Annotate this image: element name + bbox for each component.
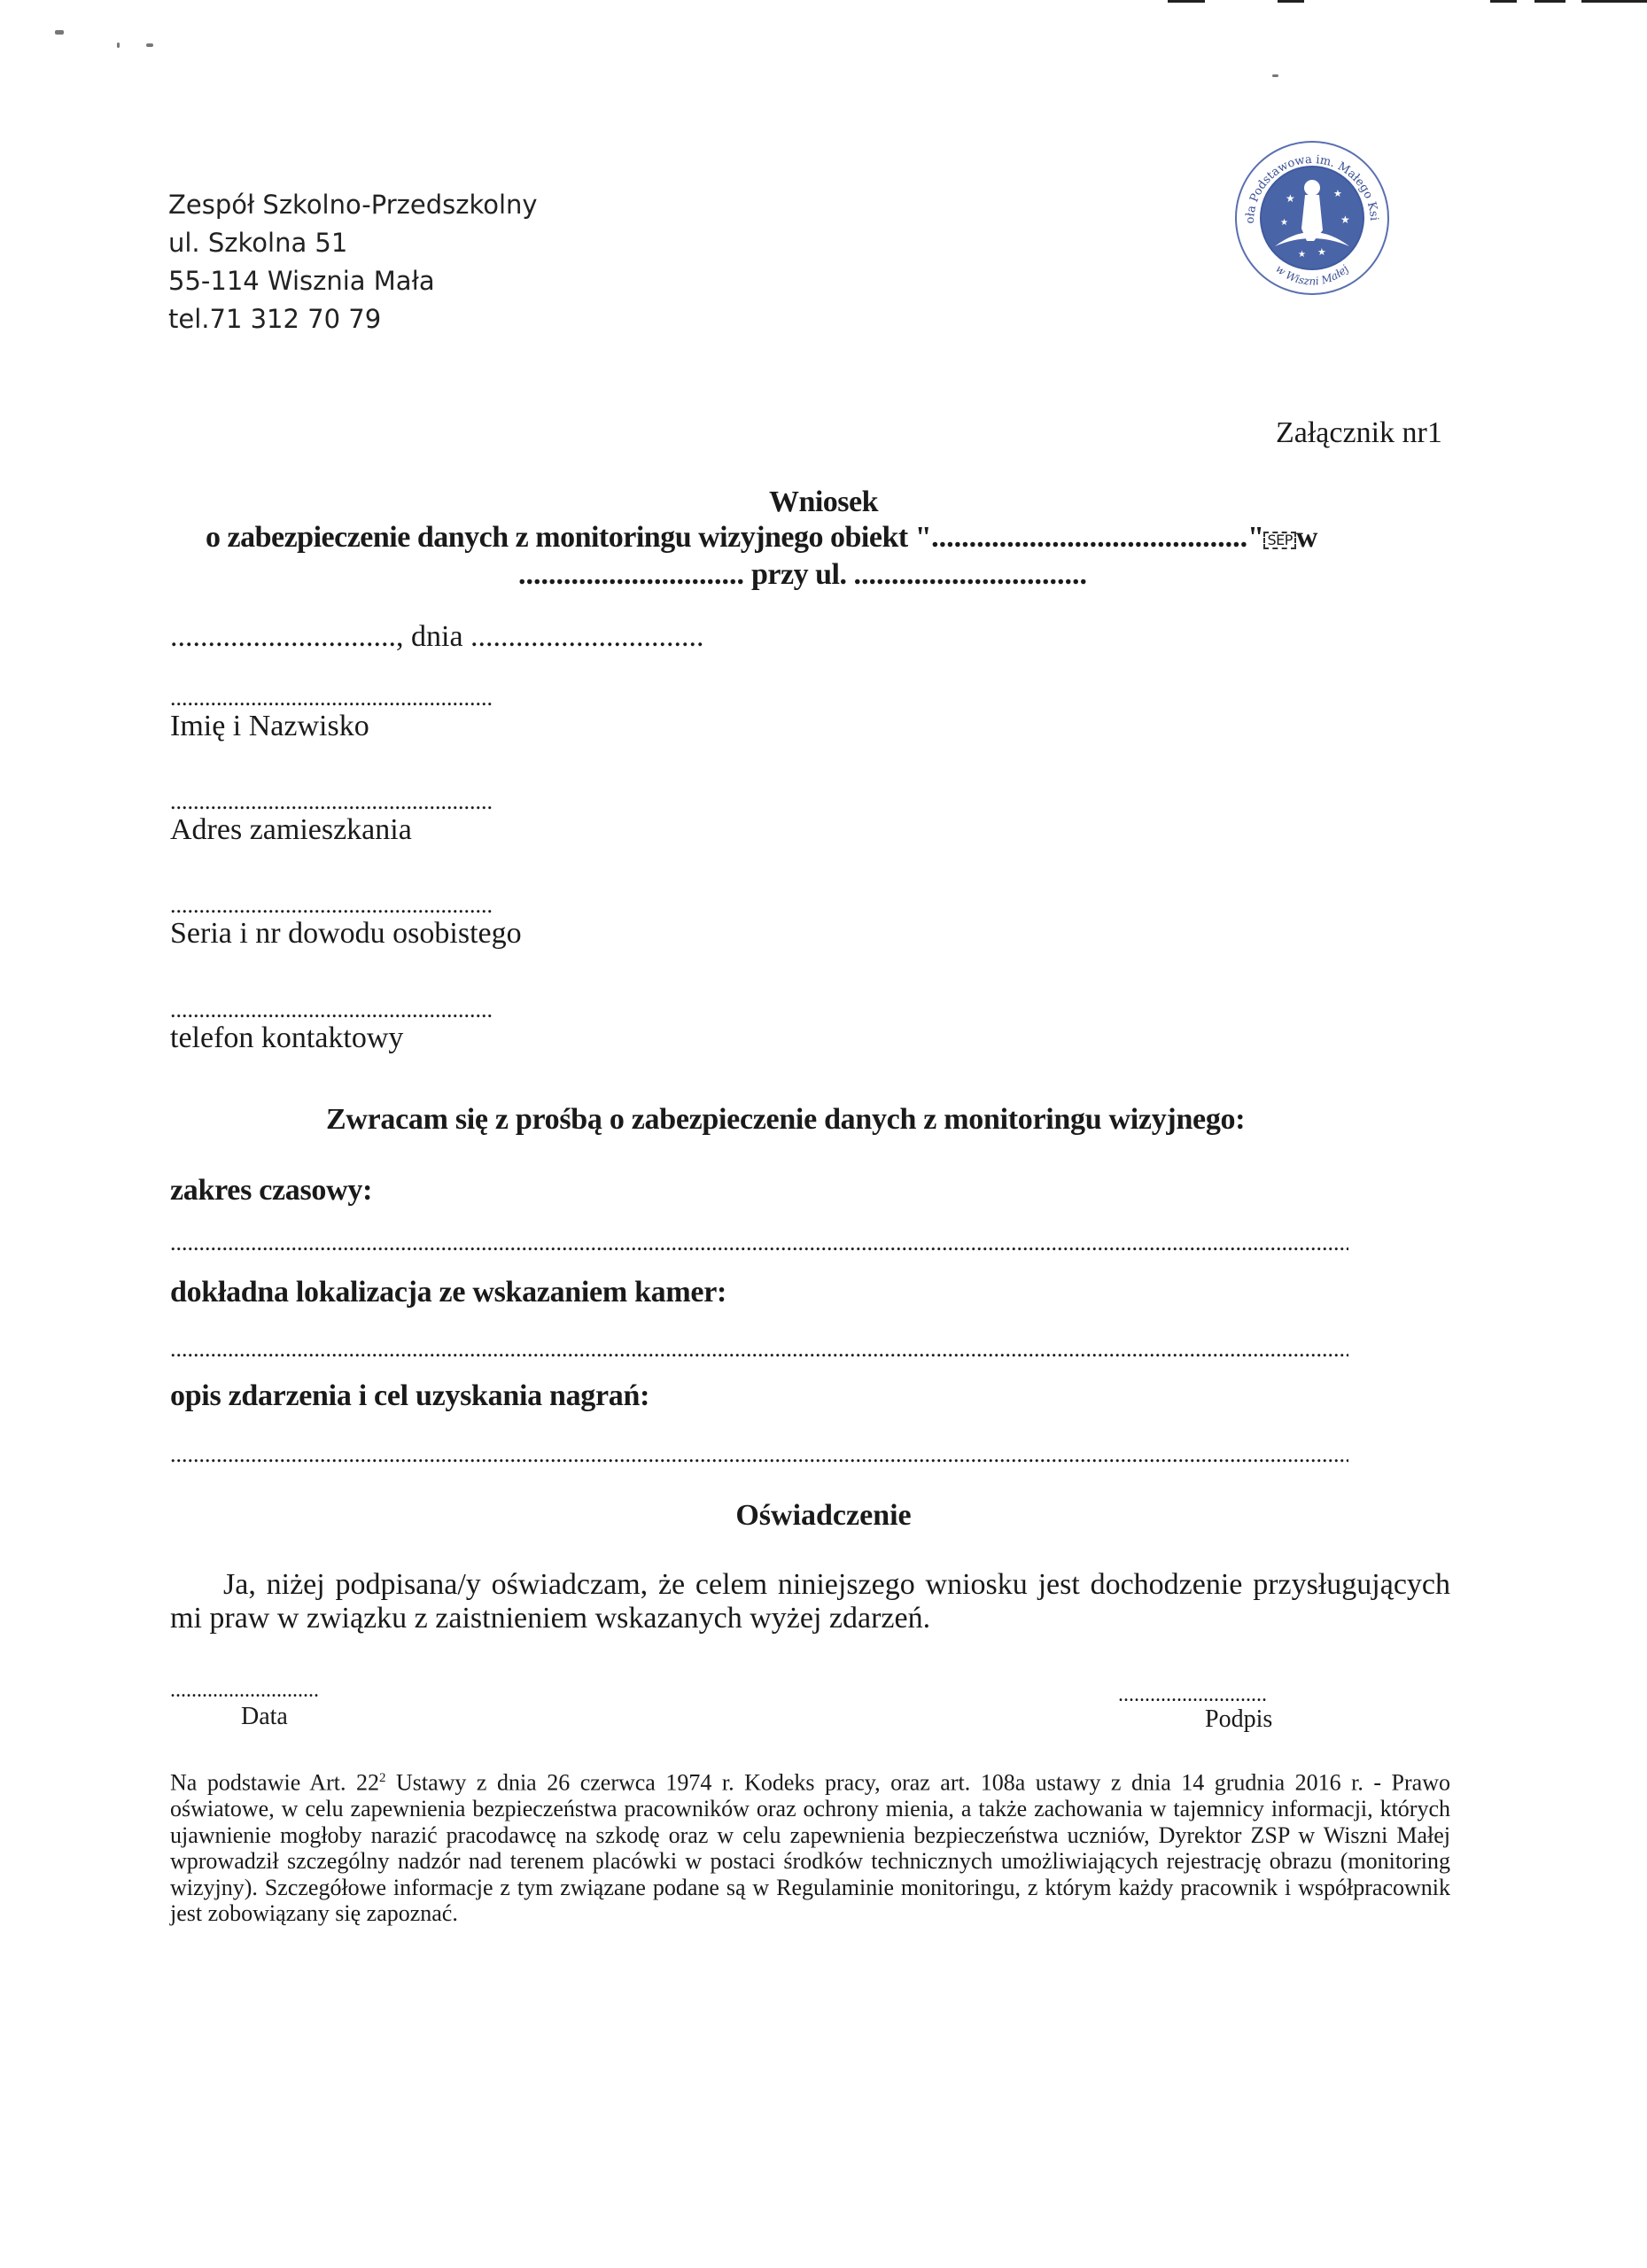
phone-label: telefon kontaktowy — [170, 1019, 595, 1058]
signature-field[interactable]: ............................ — [1118, 1683, 1267, 1707]
date-field[interactable]: ............................... — [470, 620, 704, 653]
document-subtitle-line2: .............................. przy ul. … — [518, 558, 1087, 592]
scan-speck — [146, 43, 153, 47]
scan-edge-mark — [1278, 0, 1304, 3]
attachment-label: Załącznik nr1 — [1276, 416, 1442, 450]
school-phone: tel.71 312 70 79 — [168, 300, 538, 338]
scan-speck — [117, 43, 120, 48]
time-range-field[interactable]: ........................................… — [170, 1234, 1348, 1252]
school-seal-icon: Szkoła Podstawowa im. Małego Księcia w W… — [1218, 133, 1404, 301]
svg-text:★: ★ — [1317, 246, 1326, 258]
scan-speck — [55, 30, 64, 35]
object-location-field[interactable]: .............................. — [518, 558, 744, 591]
legal-notice-part1: Na podstawie Art. 22 — [170, 1770, 379, 1796]
place-field[interactable]: .............................. — [170, 620, 396, 653]
subtitle-trailing: w — [1296, 521, 1317, 554]
school-name: Zespół Szkolno-Przedszkolny — [168, 186, 538, 224]
svg-text:★: ★ — [1340, 214, 1350, 226]
document-subtitle: o zabezpieczenie danych z monitoringu wi… — [206, 521, 1317, 555]
scan-edge-mark — [1168, 0, 1205, 3]
legal-notice: Na podstawie Art. 222 Ustawy z dnia 26 c… — [170, 1766, 1450, 1927]
sep-marker: SEP — [1263, 532, 1295, 549]
school-street: ul. Szkolna 51 — [168, 224, 538, 262]
address-label: Adres zamieszkania — [170, 811, 595, 850]
id-number-label: Seria i nr dowodu osobistego — [170, 914, 595, 953]
full-name-label: Imię i Nazwisko — [170, 707, 595, 746]
declaration-title: Oświadczenie — [0, 1499, 1647, 1533]
id-number-block: ........................................… — [170, 897, 595, 953]
svg-text:★: ★ — [1286, 192, 1295, 205]
svg-text:★: ★ — [1280, 218, 1288, 228]
scan-speck — [1272, 74, 1278, 77]
scan-edge-mark — [1581, 0, 1647, 3]
document-title: Wniosek — [0, 485, 1647, 519]
svg-text:★: ★ — [1298, 250, 1306, 260]
incident-description-field[interactable]: ........................................… — [170, 1446, 1348, 1464]
svg-text:★: ★ — [1333, 188, 1342, 199]
request-heading: Zwracam się z prośbą o zabezpieczenie da… — [326, 1103, 1245, 1137]
phone-field[interactable]: ........................................… — [170, 1001, 587, 1019]
id-number-field[interactable]: ........................................… — [170, 897, 587, 914]
camera-location-label: dokładna lokalizacja ze wskazaniem kamer… — [170, 1276, 726, 1309]
object-name-field[interactable]: ........................................… — [931, 521, 1247, 554]
full-name-block: ........................................… — [170, 689, 595, 746]
camera-location-field[interactable]: ........................................… — [170, 1340, 1348, 1358]
street-field[interactable]: ............................... — [853, 558, 1087, 591]
address-field[interactable]: ........................................… — [170, 793, 587, 811]
subtitle-quote: " — [1247, 521, 1263, 554]
signature-date-label: Data — [241, 1703, 288, 1731]
signature-label: Podpis — [1205, 1705, 1272, 1734]
address-block: ........................................… — [170, 793, 595, 850]
date-prefix: , dnia — [396, 620, 470, 653]
street-prefix: przy ul. — [744, 558, 853, 591]
declaration-text: Ja, niżej podpisana/y oświadczam, że cel… — [170, 1568, 1450, 1635]
place-date-line: .............................., dnia ...… — [170, 620, 704, 654]
phone-block: ........................................… — [170, 1001, 595, 1058]
school-address-block: Zespół Szkolno-Przedszkolny ul. Szkolna … — [168, 186, 538, 338]
signature-date-field[interactable]: ............................ — [170, 1679, 319, 1703]
incident-description-label: opis zdarzenia i cel uzyskania nagrań: — [170, 1379, 649, 1413]
time-range-label: zakres czasowy: — [170, 1174, 372, 1208]
scan-edge-mark — [1490, 0, 1517, 3]
full-name-field[interactable]: ........................................… — [170, 689, 587, 707]
subtitle-text: o zabezpieczenie danych z monitoringu wi… — [206, 521, 931, 554]
scan-edge-mark — [1534, 0, 1565, 3]
school-postal-city: 55-114 Wisznia Mała — [168, 262, 538, 300]
